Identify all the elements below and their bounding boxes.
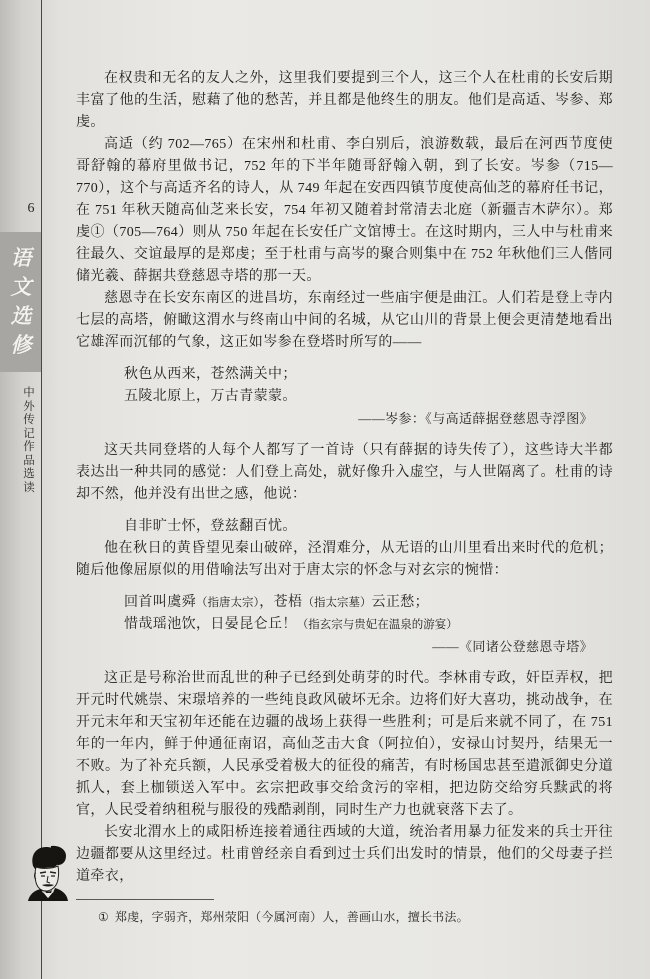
series-title-char: 选 <box>11 306 32 327</box>
poem-attribution-censhen: ——岑参：《与高适薛据登慈恩寺浮图》 <box>76 408 613 430</box>
poem-text: 惜哉瑶池饮，日晏昆仑丘！ <box>124 617 297 632</box>
poem-line: 五陵北原上，万古青蒙蒙。 <box>124 386 613 408</box>
paragraph-gaoshi-censhen-zhengqian: 高适（约 702—765）在宋州和杜甫、李白别后，浪游数载，最后在河西节度使哥舒… <box>76 134 613 288</box>
subtitle-char: 外 <box>23 401 35 414</box>
dufu-portrait-icon <box>26 843 70 901</box>
poem-censhen-quote: 秋色从西来，苍然满关中； 五陵北原上，万古青蒙蒙。 <box>124 364 613 408</box>
paragraph-intro-three-friends: 在权贵和无名的友人之外，这里我们要提到三个人，这三个人在杜甫的长安后期丰富了他的… <box>76 68 613 134</box>
subtitle-char: 选 <box>23 468 35 481</box>
poem-inline-note: （指唐太宗） <box>196 597 259 609</box>
paragraph-autumn-dusk: 他在秋日的黄昏望见秦山破碎，泾渭难分，从无语的山川里看出来时代的危机；随后他像屈… <box>76 538 613 582</box>
page-number: 6 <box>20 201 42 217</box>
poem-line: 自非旷士怀，登兹翻百忧。 <box>124 516 613 538</box>
paragraph-cien-temple: 慈恩寺在长安东南区的进昌坊，东南经过一些庙宇便是曲江。人们若是登上寺内七层的高塔… <box>76 288 613 354</box>
poem-line: 回首叫虞舜（指唐太宗），苍梧（指太宗墓）云正愁； <box>124 592 613 614</box>
poem-text: 云正愁； <box>371 595 429 610</box>
poem-attribution-dufu: ——《同诸公登慈恩寺塔》 <box>76 636 613 658</box>
subtitle-char: 记 <box>23 428 35 441</box>
paragraph-tower-poems: 这天共同登塔的人每个人都写了一首诗（只有薛据的诗失传了），这些诗大半都表达出一种… <box>76 440 613 506</box>
footnote-zhengqian: ①郑虔，字弱齐，郑州荥阳（今属河南）人，善画山水，擅长书法。 <box>98 908 613 926</box>
series-title-char: 语 <box>11 248 32 269</box>
poem-text: 回首叫虞舜 <box>124 595 196 610</box>
poem-inline-note: （指玄宗与贵妃在温泉的游宴） <box>297 619 458 631</box>
poem-line: 秋色从西来，苍然满关中； <box>124 364 613 386</box>
poem-inline-note: （指太宗墓） <box>302 597 371 609</box>
series-title-char: 文 <box>11 277 32 298</box>
subtitle-char: 中 <box>23 387 35 400</box>
main-text-column: 在权贵和无名的友人之外，这里我们要提到三个人，这三个人在杜甫的长安后期丰富了他的… <box>76 68 613 926</box>
sidebar-divider-line <box>41 0 42 979</box>
subtitle-char: 读 <box>23 482 35 495</box>
subtitle-char: 品 <box>23 455 35 468</box>
book-subtitle-vertical: 中 外 传 记 作 品 选 读 <box>21 387 37 494</box>
paragraph-troubled-times: 这正是号称治世而乱世的种子已经到处萌芽的时代。李林甫专政，奸臣弄权，把开元时代姚… <box>76 668 613 822</box>
poem-dufu-quote: 回首叫虞舜（指唐太宗），苍梧（指太宗墓）云正愁； 惜哉瑶池饮，日晏昆仑丘！（指玄… <box>124 592 613 636</box>
subtitle-char: 作 <box>23 441 35 454</box>
book-page: 6 语 文 选 修 中 外 传 记 作 品 选 读 <box>0 0 650 979</box>
subtitle-char: 传 <box>23 414 35 427</box>
poem-dufu-single-line: 自非旷士怀，登兹翻百忧。 <box>124 516 613 538</box>
footnote-marker: ① <box>98 910 109 924</box>
poem-text: ，苍梧 <box>259 595 302 610</box>
paragraph-xianyang-bridge: 长安北渭水上的咸阳桥连接着通往西域的大道，统治者用暴力征发来的兵士开往边疆都要从… <box>76 822 613 888</box>
poem-line: 惜哉瑶池饮，日晏昆仑丘！（指玄宗与贵妃在温泉的游宴） <box>124 614 613 636</box>
footnote-text: 郑虔，字弱齐，郑州荥阳（今属河南）人，善画山水，擅长书法。 <box>115 910 469 924</box>
series-title-box: 语 文 选 修 <box>0 232 42 372</box>
series-title-char: 修 <box>11 335 32 356</box>
footnote-divider <box>76 899 214 900</box>
